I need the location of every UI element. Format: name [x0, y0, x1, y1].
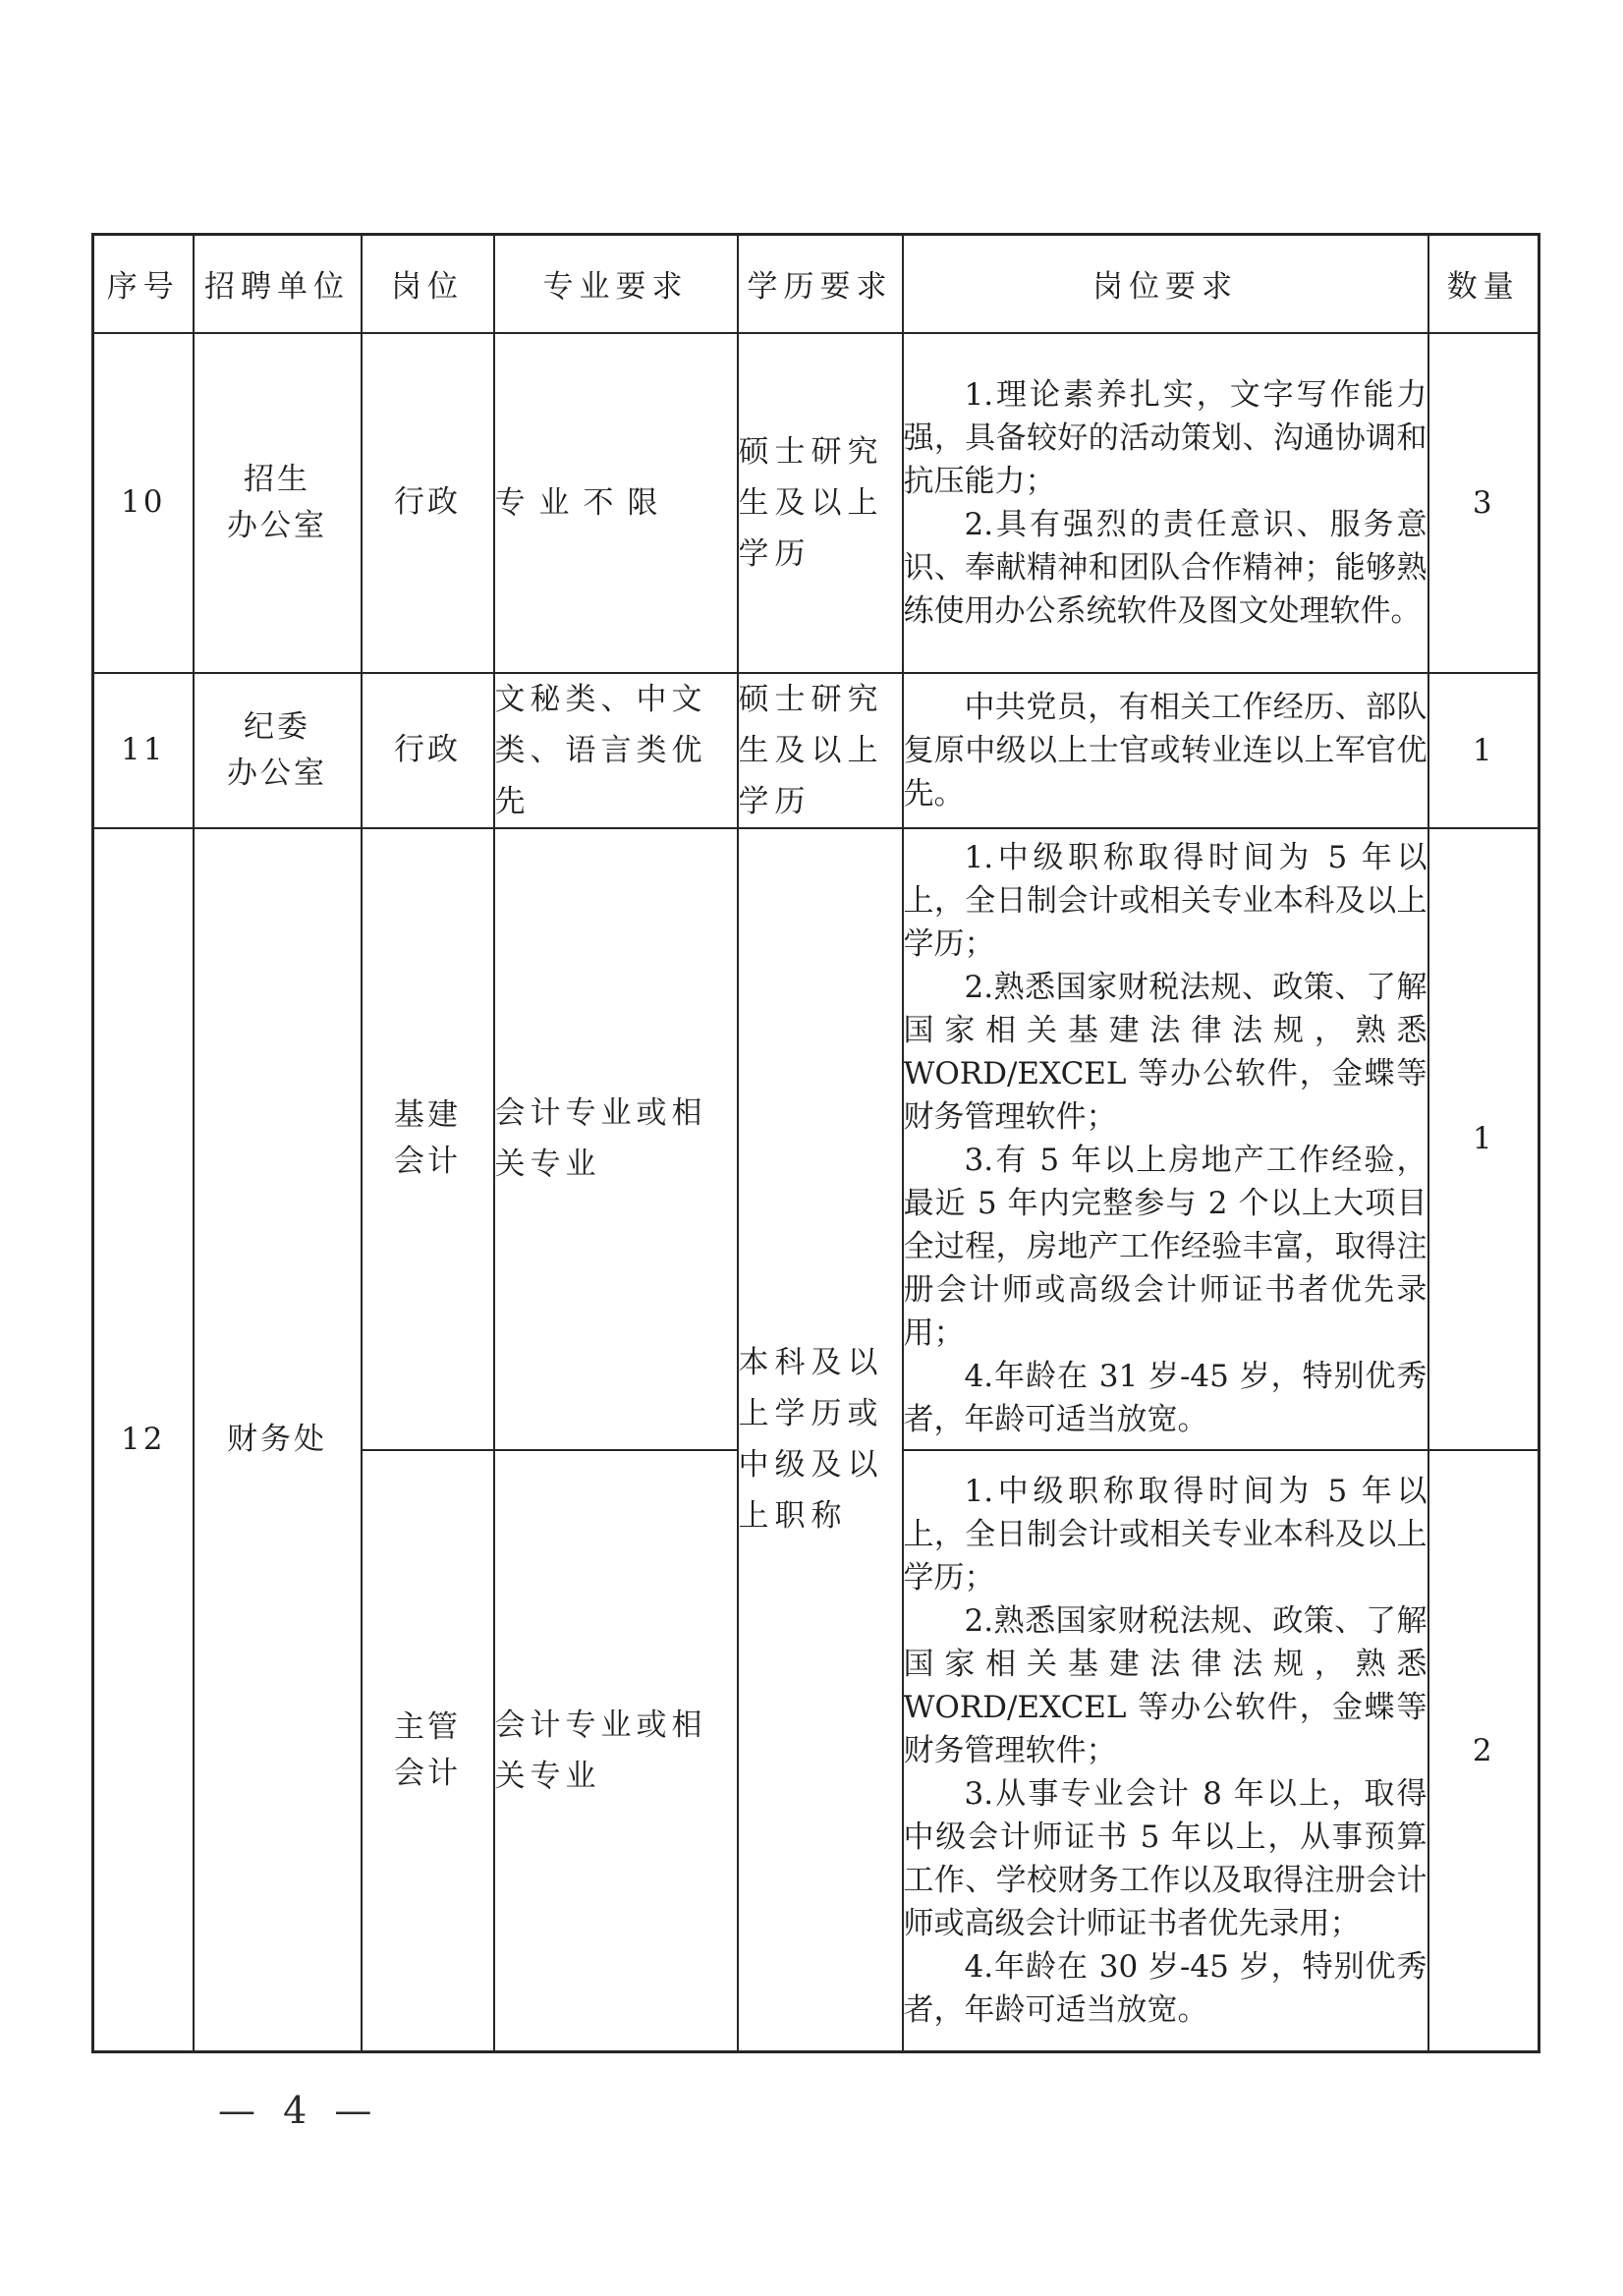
cell-major: 会计专业或相 关专业 — [494, 1450, 738, 2052]
cell-count: 3 — [1428, 333, 1539, 673]
table-row-11: 11 纪委 办公室 行政 文秘类、中文 类、语言类优先 硕士研究 生及以上 学历… — [93, 673, 1539, 828]
cell-requirements: 中共党员，有相关工作经历、部队复原中级以上士官或转业连以上军官优先。 — [903, 673, 1428, 828]
cell-unit: 纪委 办公室 — [194, 673, 362, 828]
recruitment-table: 序号 招聘单位 岗位 专业要求 学历要求 岗位要求 数量 10 招生 办公室 行… — [91, 233, 1540, 2053]
cell-post: 主管 会计 — [362, 1450, 494, 2052]
header-unit: 招聘单位 — [194, 235, 362, 333]
cell-post: 基建 会计 — [362, 828, 494, 1450]
document-page: 序号 招聘单位 岗位 专业要求 学历要求 岗位要求 数量 10 招生 办公室 行… — [0, 0, 1623, 2296]
table-header-row: 序号 招聘单位 岗位 专业要求 学历要求 岗位要求 数量 — [93, 235, 1539, 333]
table-row-12-subrow-1: 12 财务处 基建 会计 会计专业或相 关专业 本科及以 上学历或 中级及以 上… — [93, 828, 1539, 1450]
cell-major: 会计专业或相 关专业 — [494, 828, 738, 1450]
cell-major: 文秘类、中文 类、语言类优先 — [494, 673, 738, 828]
requirement-paragraph: 1.理论素养扎实，文字写作能力强，具备较好的活动策划、沟通协调和抗压能力； — [904, 373, 1427, 503]
requirement-paragraph: 1.中级职称取得时间为 5 年以上，全日制会计或相关专业本科及以上学历； — [904, 1470, 1427, 1599]
cell-unit: 财务处 — [194, 828, 362, 2052]
cell-requirements: 1.理论素养扎实，文字写作能力强，具备较好的活动策划、沟通协调和抗压能力； 2.… — [903, 333, 1428, 673]
requirement-paragraph: 中共党员，有相关工作经历、部队复原中级以上士官或转业连以上军官优先。 — [904, 686, 1427, 815]
table-row-10: 10 招生 办公室 行政 专业不限 硕士研究 生及以上 学历 1.理论素养扎实，… — [93, 333, 1539, 673]
cell-count: 1 — [1428, 673, 1539, 828]
requirement-paragraph: 4.年龄在 30 岁-45 岁，特别优秀者，年龄可适当放宽。 — [904, 1945, 1427, 2032]
cell-count: 2 — [1428, 1450, 1539, 2052]
requirement-paragraph: 2.具有强烈的责任意识、服务意识、奉献精神和团队合作精神；能够熟练使用办公系统软… — [904, 503, 1427, 633]
header-requirements: 岗位要求 — [903, 235, 1428, 333]
page-number: — 4 — — [218, 2089, 379, 2132]
cell-count: 1 — [1428, 828, 1539, 1450]
cell-education: 硕士研究 生及以上 学历 — [738, 333, 903, 673]
cell-requirements: 1.中级职称取得时间为 5 年以上，全日制会计或相关专业本科及以上学历； 2.熟… — [903, 1450, 1428, 2052]
header-count: 数量 — [1428, 235, 1539, 333]
requirement-paragraph: 4.年龄在 31 岁-45 岁，特别优秀者，年龄可适当放宽。 — [904, 1355, 1427, 1441]
cell-education: 本科及以 上学历或 中级及以 上职称 — [738, 828, 903, 2052]
cell-education: 硕士研究 生及以上 学历 — [738, 673, 903, 828]
requirement-paragraph: 2.熟悉国家财税法规、政策、了解国家相关基建法律法规，熟悉 WORD/EXCEL… — [904, 966, 1427, 1139]
header-post: 岗位 — [362, 235, 494, 333]
header-education: 学历要求 — [738, 235, 903, 333]
cell-index: 11 — [93, 673, 194, 828]
cell-post: 行政 — [362, 673, 494, 828]
header-major: 专业要求 — [494, 235, 738, 333]
cell-requirements: 1.中级职称取得时间为 5 年以上，全日制会计或相关专业本科及以上学历； 2.熟… — [903, 828, 1428, 1450]
cell-unit: 招生 办公室 — [194, 333, 362, 673]
header-index: 序号 — [93, 235, 194, 333]
cell-post: 行政 — [362, 333, 494, 673]
cell-major: 专业不限 — [494, 333, 738, 673]
requirement-paragraph: 3.从事专业会计 8 年以上，取得中级会计师证书 5 年以上，从事预算工作、学校… — [904, 1772, 1427, 1945]
requirement-paragraph: 3.有 5 年以上房地产工作经验，最近 5 年内完整参与 2 个以上大项目全过程… — [904, 1139, 1427, 1355]
requirement-paragraph: 1.中级职称取得时间为 5 年以上，全日制会计或相关专业本科及以上学历； — [904, 836, 1427, 966]
cell-index: 12 — [93, 828, 194, 2052]
cell-index: 10 — [93, 333, 194, 673]
requirement-paragraph: 2.熟悉国家财税法规、政策、了解国家相关基建法律法规，熟悉 WORD/EXCEL… — [904, 1599, 1427, 1772]
